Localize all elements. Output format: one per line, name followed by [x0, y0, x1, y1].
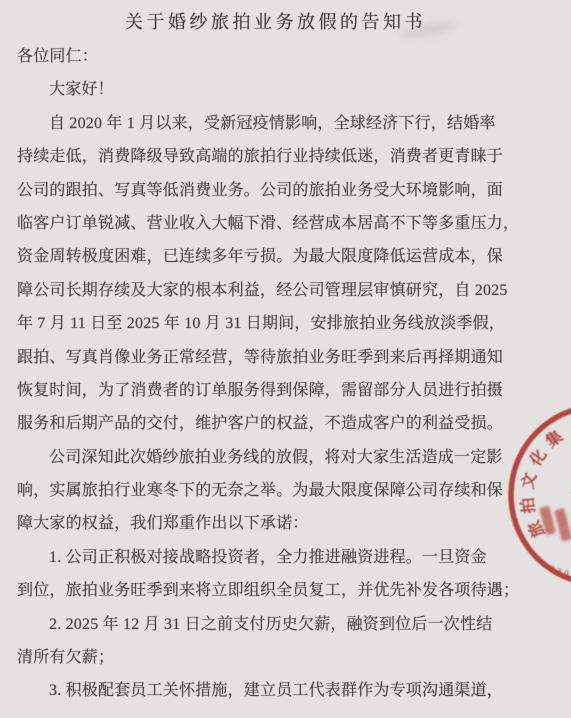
text-line: 障大家的权益，我们郑重作出以下承诺：	[17, 507, 571, 540]
text-line: 3. 积极配套员工关怀措施，建立员工代表群作为专项沟通渠道，	[17, 674, 571, 707]
text-line: 障公司长期存续及大家的根本利益，经公司管理层审慎研究，自 2025	[17, 274, 571, 307]
document-body: 各位同仁：大家好！自 2020 年 1 月以来，受新冠疫情影响，全球经济下行，结…	[0, 40, 571, 708]
text-line: 2. 2025 年 12 月 31 日之前支付历史欠薪，融资到位后一次性结	[17, 608, 571, 641]
text-line: 到位，旅拍业务旺季到来将立即组织全员复工，并优先补发各项待遇；	[17, 574, 571, 607]
text-line: 公司的跟拍、写真等低消费业务。公司的旅拍业务受大环境影响，面	[17, 174, 571, 207]
text-line: 1. 公司正积极对接战略投资者，全力推进融资进程。一旦资金	[17, 541, 571, 574]
stamp-inner-text-marks	[539, 502, 571, 545]
stamp-serial-number: 3302	[546, 557, 571, 586]
red-star-icon	[565, 459, 571, 525]
text-line: 跟拍、写真肖像业务正常经营，等待旅拍业务旺季到来后再择期通知	[17, 341, 571, 374]
text-line: 大家好！	[17, 73, 571, 106]
text-line: 临客户订单锐减、营业收入大幅下滑、经营成本居高不下等多重压力，	[17, 207, 571, 240]
text-line: 响，实属旅拍行业寒冬下的无奈之举。为最大限度保障公司存续和保	[17, 474, 571, 507]
text-line: 恢复时间，为了消费者的订单服务得到保障，需留部分人员进行拍摄	[17, 374, 571, 407]
text-line: 各位同仁：	[17, 40, 571, 73]
text-line: 持续走低，消费降级导致高端的旅拍行业持续低迷，消费者更青睐于	[17, 140, 571, 173]
text-line: 资金周转极度困难，已连续多年亏损。为最大限度降低运营成本，保	[17, 240, 571, 273]
document-title: 关于婚纱旅拍业务放假的告知书	[0, 10, 551, 34]
text-line: 自 2020 年 1 月以来，受新冠疫情影响，全球经济下行，结婚率	[17, 107, 571, 140]
document-page: 关于婚纱旅拍业务放假的告知书 各位同仁：大家好！自 2020 年 1 月以来，受…	[0, 0, 571, 718]
text-line: 清所有欠薪；	[17, 641, 571, 674]
text-line: 年 7 月 11 日至 2025 年 10 月 31 日期间，安排旅拍业务线放淡…	[17, 307, 571, 340]
